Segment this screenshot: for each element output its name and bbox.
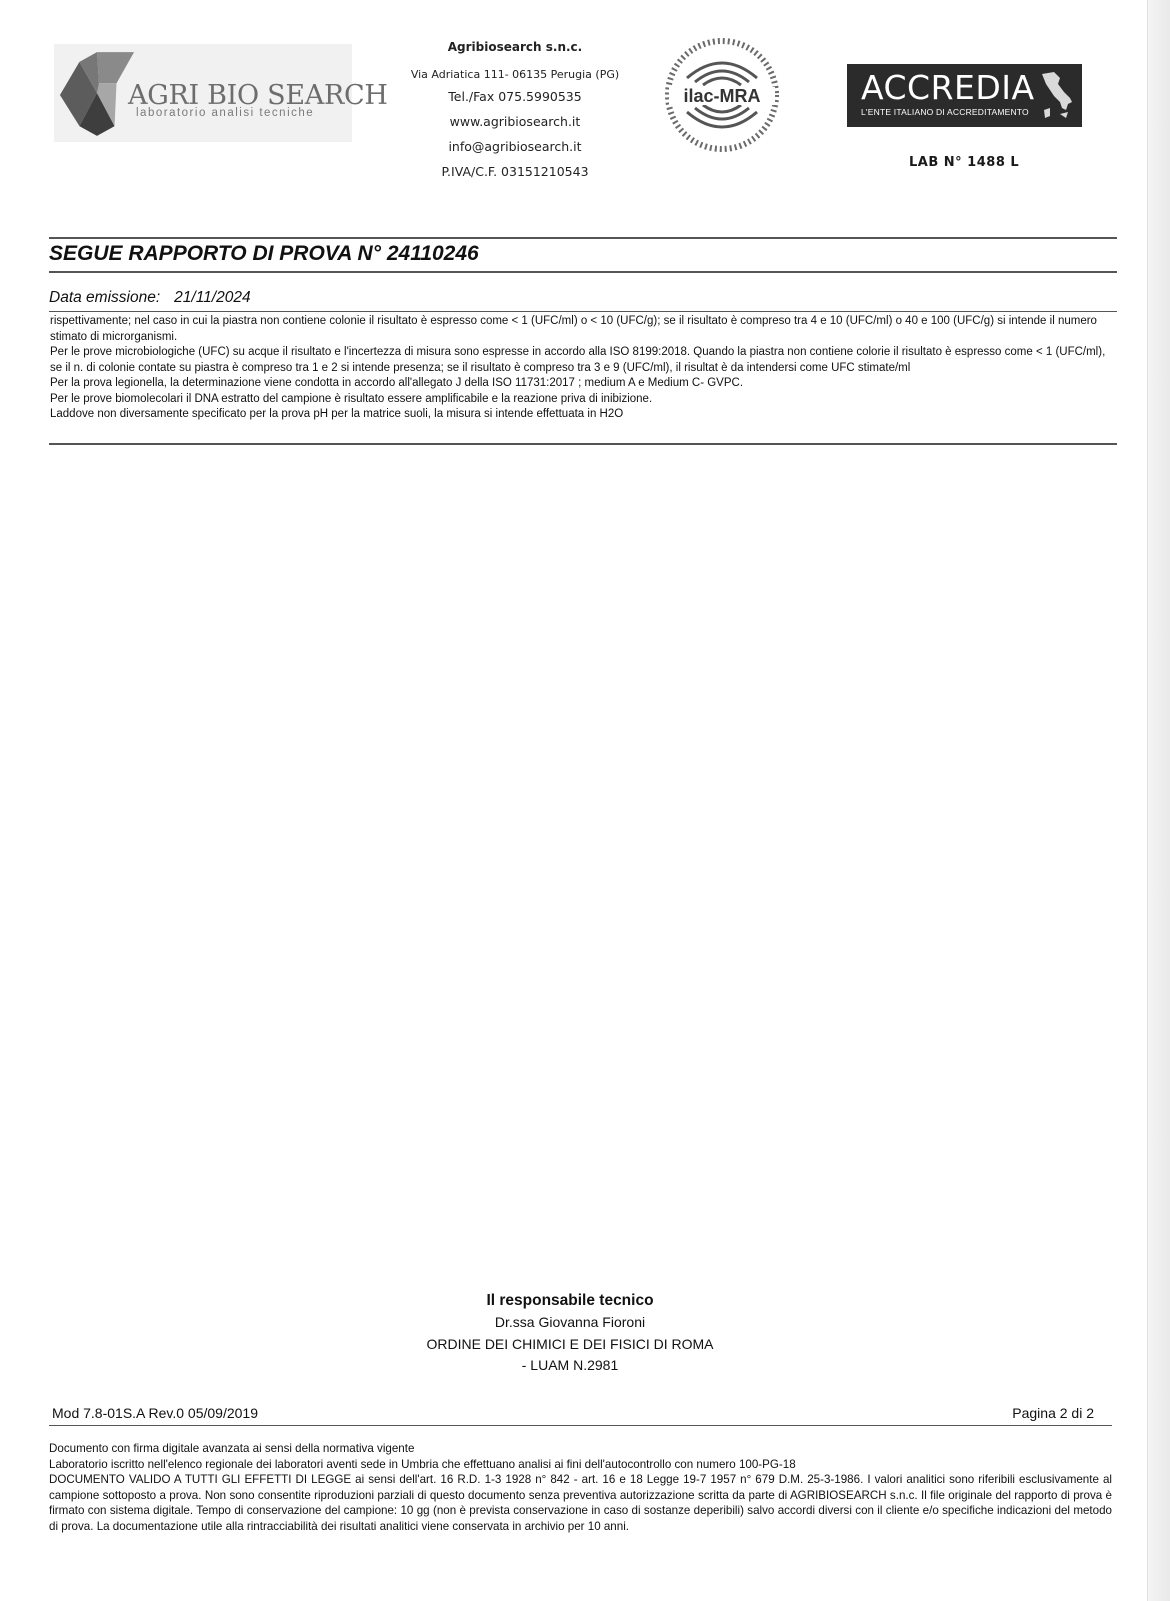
ilac-mra-icon: ilac-MRA <box>665 38 779 152</box>
divider <box>49 443 1117 445</box>
signature-role: Il responsabile tecnico <box>380 1291 760 1311</box>
divider <box>49 311 1117 312</box>
footer-line: Documento con firma digitale avanzata ai… <box>49 1441 1112 1457</box>
divider <box>49 237 1117 239</box>
accredia-title: ACCREDIA <box>861 68 1035 107</box>
signature-registration: - LUAM N.2981 <box>380 1355 760 1375</box>
issue-date-value: 21/11/2024 <box>174 289 250 306</box>
signature-block: Il responsabile tecnico Dr.ssa Giovanna … <box>380 1291 760 1375</box>
page-edge <box>1147 0 1170 1601</box>
lab-number: LAB N° 1488 L <box>909 155 1019 170</box>
note-paragraph: Per la prova legionella, la determinazio… <box>50 376 1115 392</box>
form-code: Mod 7.8-01S.A Rev.0 05/09/2019 <box>52 1405 258 1421</box>
report-notes: rispettivamente; nel caso in cui la pias… <box>50 314 1115 423</box>
italy-map-icon <box>1038 70 1074 122</box>
company-website[interactable]: www.agribiosearch.it <box>395 109 635 134</box>
issue-date-row: Data emissione:21/11/2024 <box>49 289 251 307</box>
page-number: Pagina 2 di 2 <box>1012 1405 1094 1421</box>
company-name: Agribiosearch s.n.c. <box>395 40 635 54</box>
company-info: Agribiosearch s.n.c. Via Adriatica 111- … <box>395 40 635 184</box>
note-paragraph: Laddove non diversamente specificato per… <box>50 407 1115 423</box>
svg-text:ilac-MRA: ilac-MRA <box>683 86 760 106</box>
divider <box>49 271 1117 273</box>
report-title: SEGUE RAPPORTO DI PROVA N° 24110246 <box>49 242 479 266</box>
company-address: Via Adriatica 111- 06135 Perugia (PG) <box>395 66 635 84</box>
issue-date-label: Data emissione: <box>49 289 160 306</box>
company-email[interactable]: info@agribiosearch.it <box>395 134 635 159</box>
signature-order: ORDINE DEI CHIMICI E DEI FISICI DI ROMA <box>380 1333 760 1355</box>
logo-mark-icon <box>58 50 136 138</box>
agribiosearch-logo: AGRI BIO SEARCH laboratorio analisi tecn… <box>54 44 352 142</box>
signature-name: Dr.ssa Giovanna Fioroni <box>380 1311 760 1333</box>
company-vat: P.IVA/C.F. 03151210543 <box>395 159 635 184</box>
footer-line: Laboratorio iscritto nell'elenco regiona… <box>49 1457 1112 1473</box>
note-paragraph: Per le prove microbiologiche (UFC) su ac… <box>50 345 1115 376</box>
logo-subtitle: laboratorio analisi tecniche <box>136 107 314 119</box>
note-paragraph: Per le prove biomolecolari il DNA estrat… <box>50 392 1115 408</box>
legal-footer: Documento con firma digitale avanzata ai… <box>49 1441 1112 1534</box>
accredia-subtitle: L'ENTE ITALIANO DI ACCREDITAMENTO <box>861 107 1029 117</box>
footer-line: DOCUMENTO VALIDO A TUTTI GLI EFFETTI DI … <box>49 1472 1112 1534</box>
note-paragraph: rispettivamente; nel caso in cui la pias… <box>50 314 1115 345</box>
company-phone: Tel./Fax 075.5990535 <box>395 84 635 109</box>
accredia-logo: ACCREDIA L'ENTE ITALIANO DI ACCREDITAMEN… <box>847 64 1082 127</box>
divider <box>49 1425 1112 1426</box>
